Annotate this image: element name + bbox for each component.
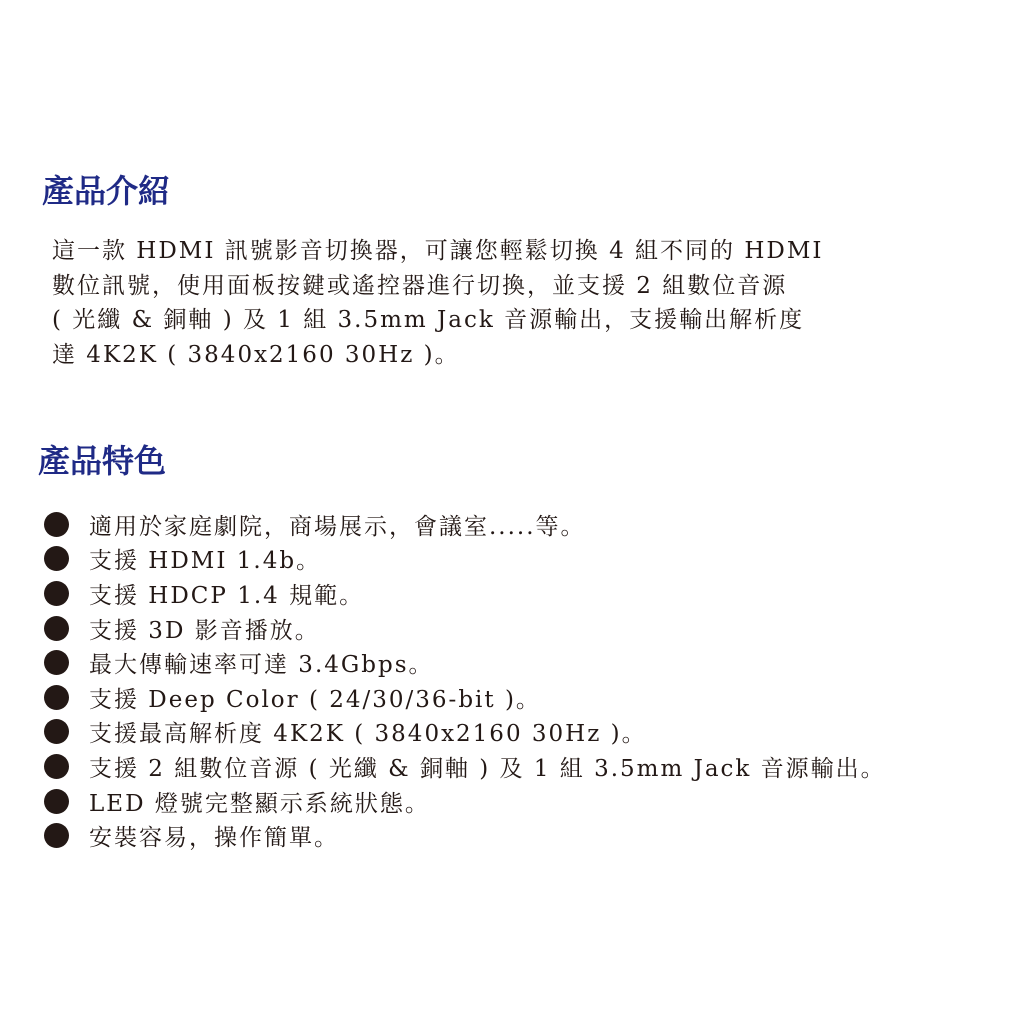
feature-item: 適用於家庭劇院，商場展示，會議室.....等。 xyxy=(40,507,886,542)
feature-text: 支援 2 組數位音源 ( 光纖 & 銅軸 ) 及 1 組 3.5mm Jack … xyxy=(89,750,886,783)
bullet-icon xyxy=(44,719,69,744)
feature-text: 支援 Deep Color ( 24/30/36-bit )。 xyxy=(89,681,541,714)
feature-item: LED 燈號完整顯示系統狀態。 xyxy=(40,784,886,819)
bullet-icon xyxy=(44,616,69,641)
bullet-icon xyxy=(44,823,69,848)
intro-heading: 產品介紹 xyxy=(42,171,170,211)
feature-text: 支援 HDCP 1.4 規範。 xyxy=(89,577,364,610)
feature-item: 支援 HDMI 1.4b。 xyxy=(40,542,886,577)
intro-paragraph: 這一款 HDMI 訊號影音切換器，可讓您輕鬆切換 4 組不同的 HDMI 數位訊… xyxy=(52,234,932,372)
feature-text: 支援最高解析度 4K2K ( 3840x2160 30Hz )。 xyxy=(89,715,647,748)
feature-item: 支援 3D 影音播放。 xyxy=(40,611,886,646)
features-list: 適用於家庭劇院，商場展示，會議室.....等。 支援 HDMI 1.4b。 支援… xyxy=(40,507,886,853)
feature-item: 支援 Deep Color ( 24/30/36-bit )。 xyxy=(40,680,886,715)
intro-line: 達 4K2K ( 3840x2160 30Hz )。 xyxy=(52,338,932,373)
bullet-icon xyxy=(44,546,69,571)
feature-item: 支援 2 組數位音源 ( 光纖 & 銅軸 ) 及 1 組 3.5mm Jack … xyxy=(40,749,886,784)
intro-line: 數位訊號，使用面板按鍵或遙控器進行切換，並支援 2 組數位音源 xyxy=(52,269,932,304)
bullet-icon xyxy=(44,789,69,814)
bullet-icon xyxy=(44,650,69,675)
feature-text: 適用於家庭劇院，商場展示，會議室.....等。 xyxy=(89,508,586,541)
feature-text: 最大傳輸速率可達 3.4Gbps。 xyxy=(89,646,434,679)
bullet-icon xyxy=(44,754,69,779)
bullet-icon xyxy=(44,581,69,606)
feature-item: 安裝容易，操作簡單。 xyxy=(40,818,886,853)
feature-text: 安裝容易，操作簡單。 xyxy=(89,819,339,852)
feature-text: LED 燈號完整顯示系統狀態。 xyxy=(89,785,430,818)
feature-item: 支援最高解析度 4K2K ( 3840x2160 30Hz )。 xyxy=(40,715,886,750)
features-heading: 產品特色 xyxy=(38,441,166,481)
bullet-icon xyxy=(44,512,69,537)
feature-item: 最大傳輸速率可達 3.4Gbps。 xyxy=(40,645,886,680)
intro-line: 這一款 HDMI 訊號影音切換器，可讓您輕鬆切換 4 組不同的 HDMI xyxy=(52,234,932,269)
bullet-icon xyxy=(44,685,69,710)
feature-text: 支援 HDMI 1.4b。 xyxy=(89,542,321,575)
intro-line: ( 光纖 & 銅軸 ) 及 1 組 3.5mm Jack 音源輸出，支援輸出解析… xyxy=(52,303,932,338)
feature-item: 支援 HDCP 1.4 規範。 xyxy=(40,576,886,611)
feature-text: 支援 3D 影音播放。 xyxy=(89,612,320,645)
